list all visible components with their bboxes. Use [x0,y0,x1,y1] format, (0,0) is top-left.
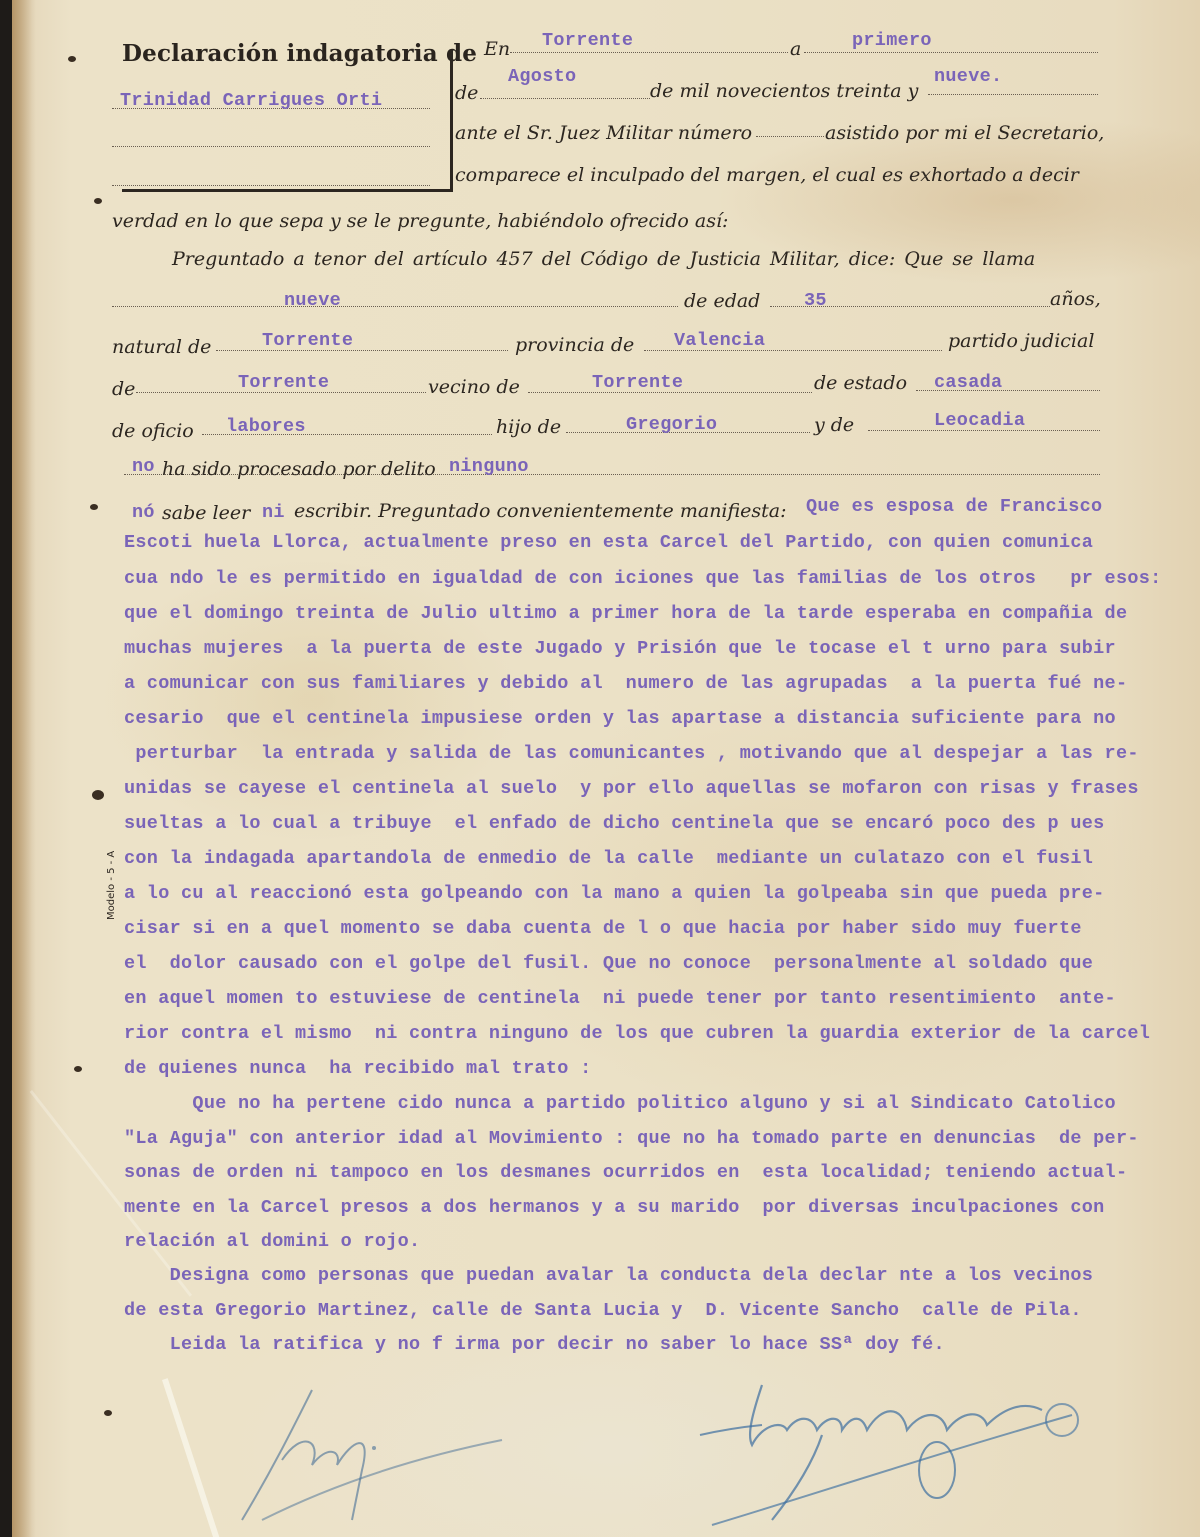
judge-line: ante el Sr. Juez Militar número [455,122,752,144]
occupation-label: de oficio [112,420,194,442]
punch-hole [104,1410,112,1416]
statement-line: de quienes nunca ha recibido mal trato : [124,1058,591,1079]
occupation-value: labores [226,416,306,437]
statement-line: muchas mujeres a la puerta de este Jugad… [124,638,1116,659]
dotted-line [480,98,650,99]
statement-line: con la indagada apartandola de enmedio d… [124,848,1093,869]
punch-hole [90,504,98,510]
statement-line: cisar si en a quel momento se daba cuent… [124,918,1082,939]
read-mid: ni [262,502,285,523]
years-label: años, [1050,288,1101,310]
declarant-name: Trinidad Carrigues Orti [120,90,382,111]
dotted-line [804,52,1098,53]
and-of-label: y de [814,414,854,436]
statement-line: sueltas a lo cual a tribuye el enfado de… [124,813,1105,834]
statement-line: perturbar la entrada y salida de las com… [124,743,1139,764]
statement-line: de esta Gregorio Martinez, calle de Sant… [124,1300,1082,1321]
province-label: provincia de [515,334,634,356]
statement-line: a lo cu al reaccionó esta golpeando con … [124,883,1105,904]
district-value: Torrente [238,372,329,393]
statement-line: el dolor causado con el golpe del fusil.… [124,953,1093,974]
edge-stain [12,0,36,1537]
year-value: nueve. [934,66,1002,87]
oath-line: verdad en lo que sepa y se le pregunte, … [112,210,728,232]
dotted-line [756,136,824,137]
statement-line: Leida la ratifica y no f irma por decir … [124,1334,945,1355]
article-intro: Preguntado a tenor del artículo 457 del … [172,248,1035,270]
district-de-label: de [112,378,135,400]
statement-line: relación al domini o rojo. [124,1231,420,1252]
district-label: partido judicial [948,330,1094,352]
statement-line: Que no ha pertene cido nunca a partido p… [124,1093,1116,1114]
appear-line: comparece el inculpado del margen, el cu… [455,164,1079,186]
month-value: Agosto [508,66,576,87]
name-value: nueve [284,290,341,311]
dotted-line [112,146,430,147]
document-page: Declaración indagatoria de Trinidad Carr… [12,0,1200,1537]
age-label: de edad [684,290,760,312]
header-box-border [450,50,453,192]
statement-line: que el domingo treinta de Julio ultimo a… [124,603,1127,624]
neighbor-value: Torrente [592,372,683,393]
province-value: Valencia [674,330,765,351]
read-label-2: escribir. Preguntado convenientemente ma… [294,500,787,522]
statement-line: cesario que el centinela impusiese orden… [124,708,1116,729]
signature-right [692,1375,1112,1535]
processed-value: ninguno [449,456,529,477]
natural-value: Torrente [262,330,353,351]
statement-start: Que es esposa de Francisco [806,496,1102,517]
statement-line: cua ndo le es permitido en igualdad de c… [124,568,1162,589]
form-model-code: Modelo - 5 - A [106,851,117,920]
processed-label: ha sido procesado por delito [162,458,436,480]
neighbor-label: vecino de [428,376,520,398]
read-prefix: nó [132,502,155,523]
statement-line: Designa como personas que puedan avalar … [124,1265,1093,1286]
a-label: a [790,38,801,60]
de-label: de [455,82,478,104]
punch-hole [68,56,76,62]
read-label: sabe leer [162,502,250,524]
dotted-line [510,52,788,53]
year-label: de mil novecientos treinta y [650,80,918,102]
statement-line: a comunicar con sus familiares y debido … [124,673,1127,694]
mother-value: Leocadia [934,410,1025,431]
statement-line: unidas se cayese el centinela al suelo y… [124,778,1139,799]
natural-label: natural de [112,336,211,358]
statement-line: en aquel momen to estuviese de centinela… [124,988,1116,1009]
statement-line: sonas de orden ni tampoco en los desmane… [124,1162,1127,1183]
status-value: casada [934,372,1002,393]
dotted-line [216,350,508,351]
signature-left [202,1370,542,1530]
punch-hole [92,790,104,800]
en-label: En [484,38,510,60]
age-value: 35 [804,290,827,311]
statement-line: mente en la Carcel presos a dos hermanos… [124,1197,1105,1218]
father-value: Gregorio [626,414,717,435]
dotted-line [112,185,430,186]
son-of-label: hijo de [496,416,561,438]
status-label: de estado [814,372,907,394]
day-value: primero [852,30,932,51]
statement-line: "La Aguja" con anterior idad al Movimien… [124,1128,1139,1149]
punch-hole [74,1066,82,1072]
page-title: Declaración indagatoria de [122,40,477,67]
dotted-line [928,94,1098,95]
statement-line: rior contra el mismo ni contra ninguno d… [124,1023,1150,1044]
place-value: Torrente [542,30,633,51]
dotted-line [112,306,678,307]
secretary-line: asistido por mi el Secretario, [825,122,1104,144]
punch-hole [94,198,102,204]
processed-prefix: no [132,456,155,477]
header-box-border [122,189,453,192]
statement-line: Escoti huela Llorca, actualmente preso e… [124,532,1093,553]
